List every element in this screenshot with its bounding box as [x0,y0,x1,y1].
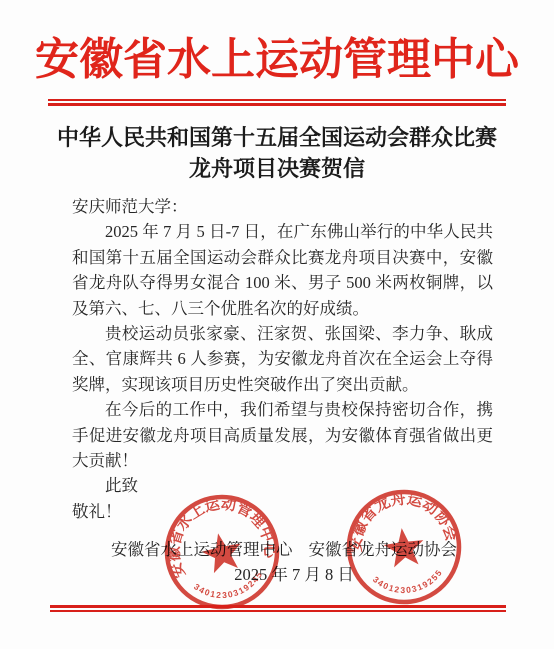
footer-thin-line [50,610,506,612]
letter-body: 安庆师范大学： 2025 年 7 月 5 日-7 日，在广东佛山举行的中华人民共… [72,194,493,524]
official-seal-dragon-boat: 安徽省龙舟运动协会 3401230319255 [337,480,471,614]
star-icon [198,529,245,574]
letterhead-org-name: 安徽省水上运动管理中心 [0,34,554,86]
seal-serial-number: 3401230319245 [191,568,269,607]
letter-page: 安徽省水上运动管理中心 中华人民共和国第十五届全国运动会群众比赛龙舟项目决赛贺信… [0,0,554,649]
letterhead-divider-rule [48,99,506,106]
star-icon [382,526,426,569]
paragraph-athletes: 贵校运动员张家豪、汪家贺、张国梁、李力争、耿成全、官康辉共 6 人参赛，为安徽龙… [72,321,493,397]
divider-thick-line [48,103,506,106]
divider-thin-line [48,99,506,101]
salutation: 安庆师范大学： [72,194,493,219]
footer-thick-line [50,605,506,608]
footer-rule [50,605,506,612]
paragraph-cooperation: 在今后的工作中，我们希望与贵校保持密切合作，携手促进安徽龙舟项目高质量发展，为安… [72,397,493,473]
official-seal-water-sports: 安徽省水上运动管理中心 3401230319245 [151,481,293,623]
svg-text:3401230319245: 3401230319245 [191,568,269,607]
paragraph-results: 2025 年 7 月 5 日-7 日，在广东佛山举行的中华人民共和国第十五届全国… [72,219,493,321]
document-title: 中华人民共和国第十五届全国运动会群众比赛龙舟项目决赛贺信 [57,122,497,184]
